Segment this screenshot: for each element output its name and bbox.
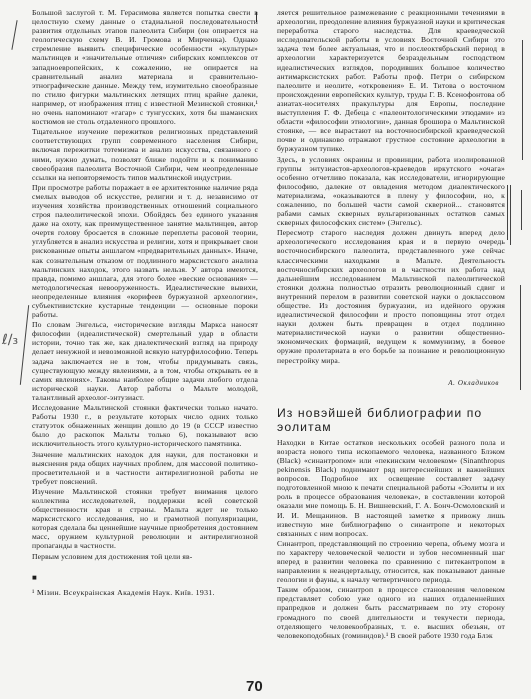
margin-mark-line bbox=[11, 20, 17, 50]
section-heading: Из новэйшей библиографии по эолитам bbox=[277, 406, 505, 434]
margin-mark-line bbox=[521, 190, 522, 230]
paragraph: При просмотре работы поражает в ее архит… bbox=[32, 183, 258, 319]
paragraph: Первым условием для достижения той цели … bbox=[32, 552, 258, 561]
paragraph: ляется решительное размежевание с реакци… bbox=[277, 8, 505, 154]
author-signature: А. Окладников bbox=[277, 379, 499, 388]
paragraph: Большой заслугой т. М. Герасимова являет… bbox=[32, 8, 258, 126]
paragraph: Пересмотр старого наследия должен двинут… bbox=[277, 228, 505, 364]
footnote-separator: ■ bbox=[32, 573, 258, 582]
right-column: ляется решительное размежевание с реакци… bbox=[277, 8, 505, 640]
handwritten-note-icon: ℓ∕₃ bbox=[2, 332, 18, 348]
paragraph: Изучение Мальтинской стоянки требует вни… bbox=[32, 487, 258, 551]
margin-mark-line bbox=[510, 185, 511, 245]
page-number: 70 bbox=[246, 678, 263, 695]
margin-mark-line bbox=[507, 185, 508, 240]
margin-mark-line bbox=[520, 285, 521, 390]
footnote: ¹ Мізин. Всеукраінская Академія Наук. Ки… bbox=[32, 588, 258, 597]
margin-mark-line bbox=[20, 305, 29, 385]
paragraph: Значение мальтинских находок для науки, … bbox=[32, 450, 258, 486]
paragraph: Исследование Мальтинской стоянки фактиче… bbox=[32, 403, 258, 448]
paragraph: По словам Энгельса, «исторические взгляд… bbox=[32, 320, 258, 402]
paragraph: Тщательное изучение пережитков религиозн… bbox=[32, 127, 258, 182]
paragraph: Находки в Китае остатков нескольких особ… bbox=[277, 438, 505, 538]
scanned-page: Большой заслугой т. М. Герасимова являет… bbox=[0, 0, 531, 699]
paragraph: Таким образом, синантроп в процессе стан… bbox=[277, 585, 505, 640]
left-column: Большой заслугой т. М. Герасимова являет… bbox=[32, 8, 258, 597]
paragraph: Синантроп, представляющий по строению че… bbox=[277, 539, 505, 584]
paragraph: Здесь, в условиях окраины и провинции, р… bbox=[277, 155, 505, 228]
margin-mark-line bbox=[522, 40, 523, 160]
